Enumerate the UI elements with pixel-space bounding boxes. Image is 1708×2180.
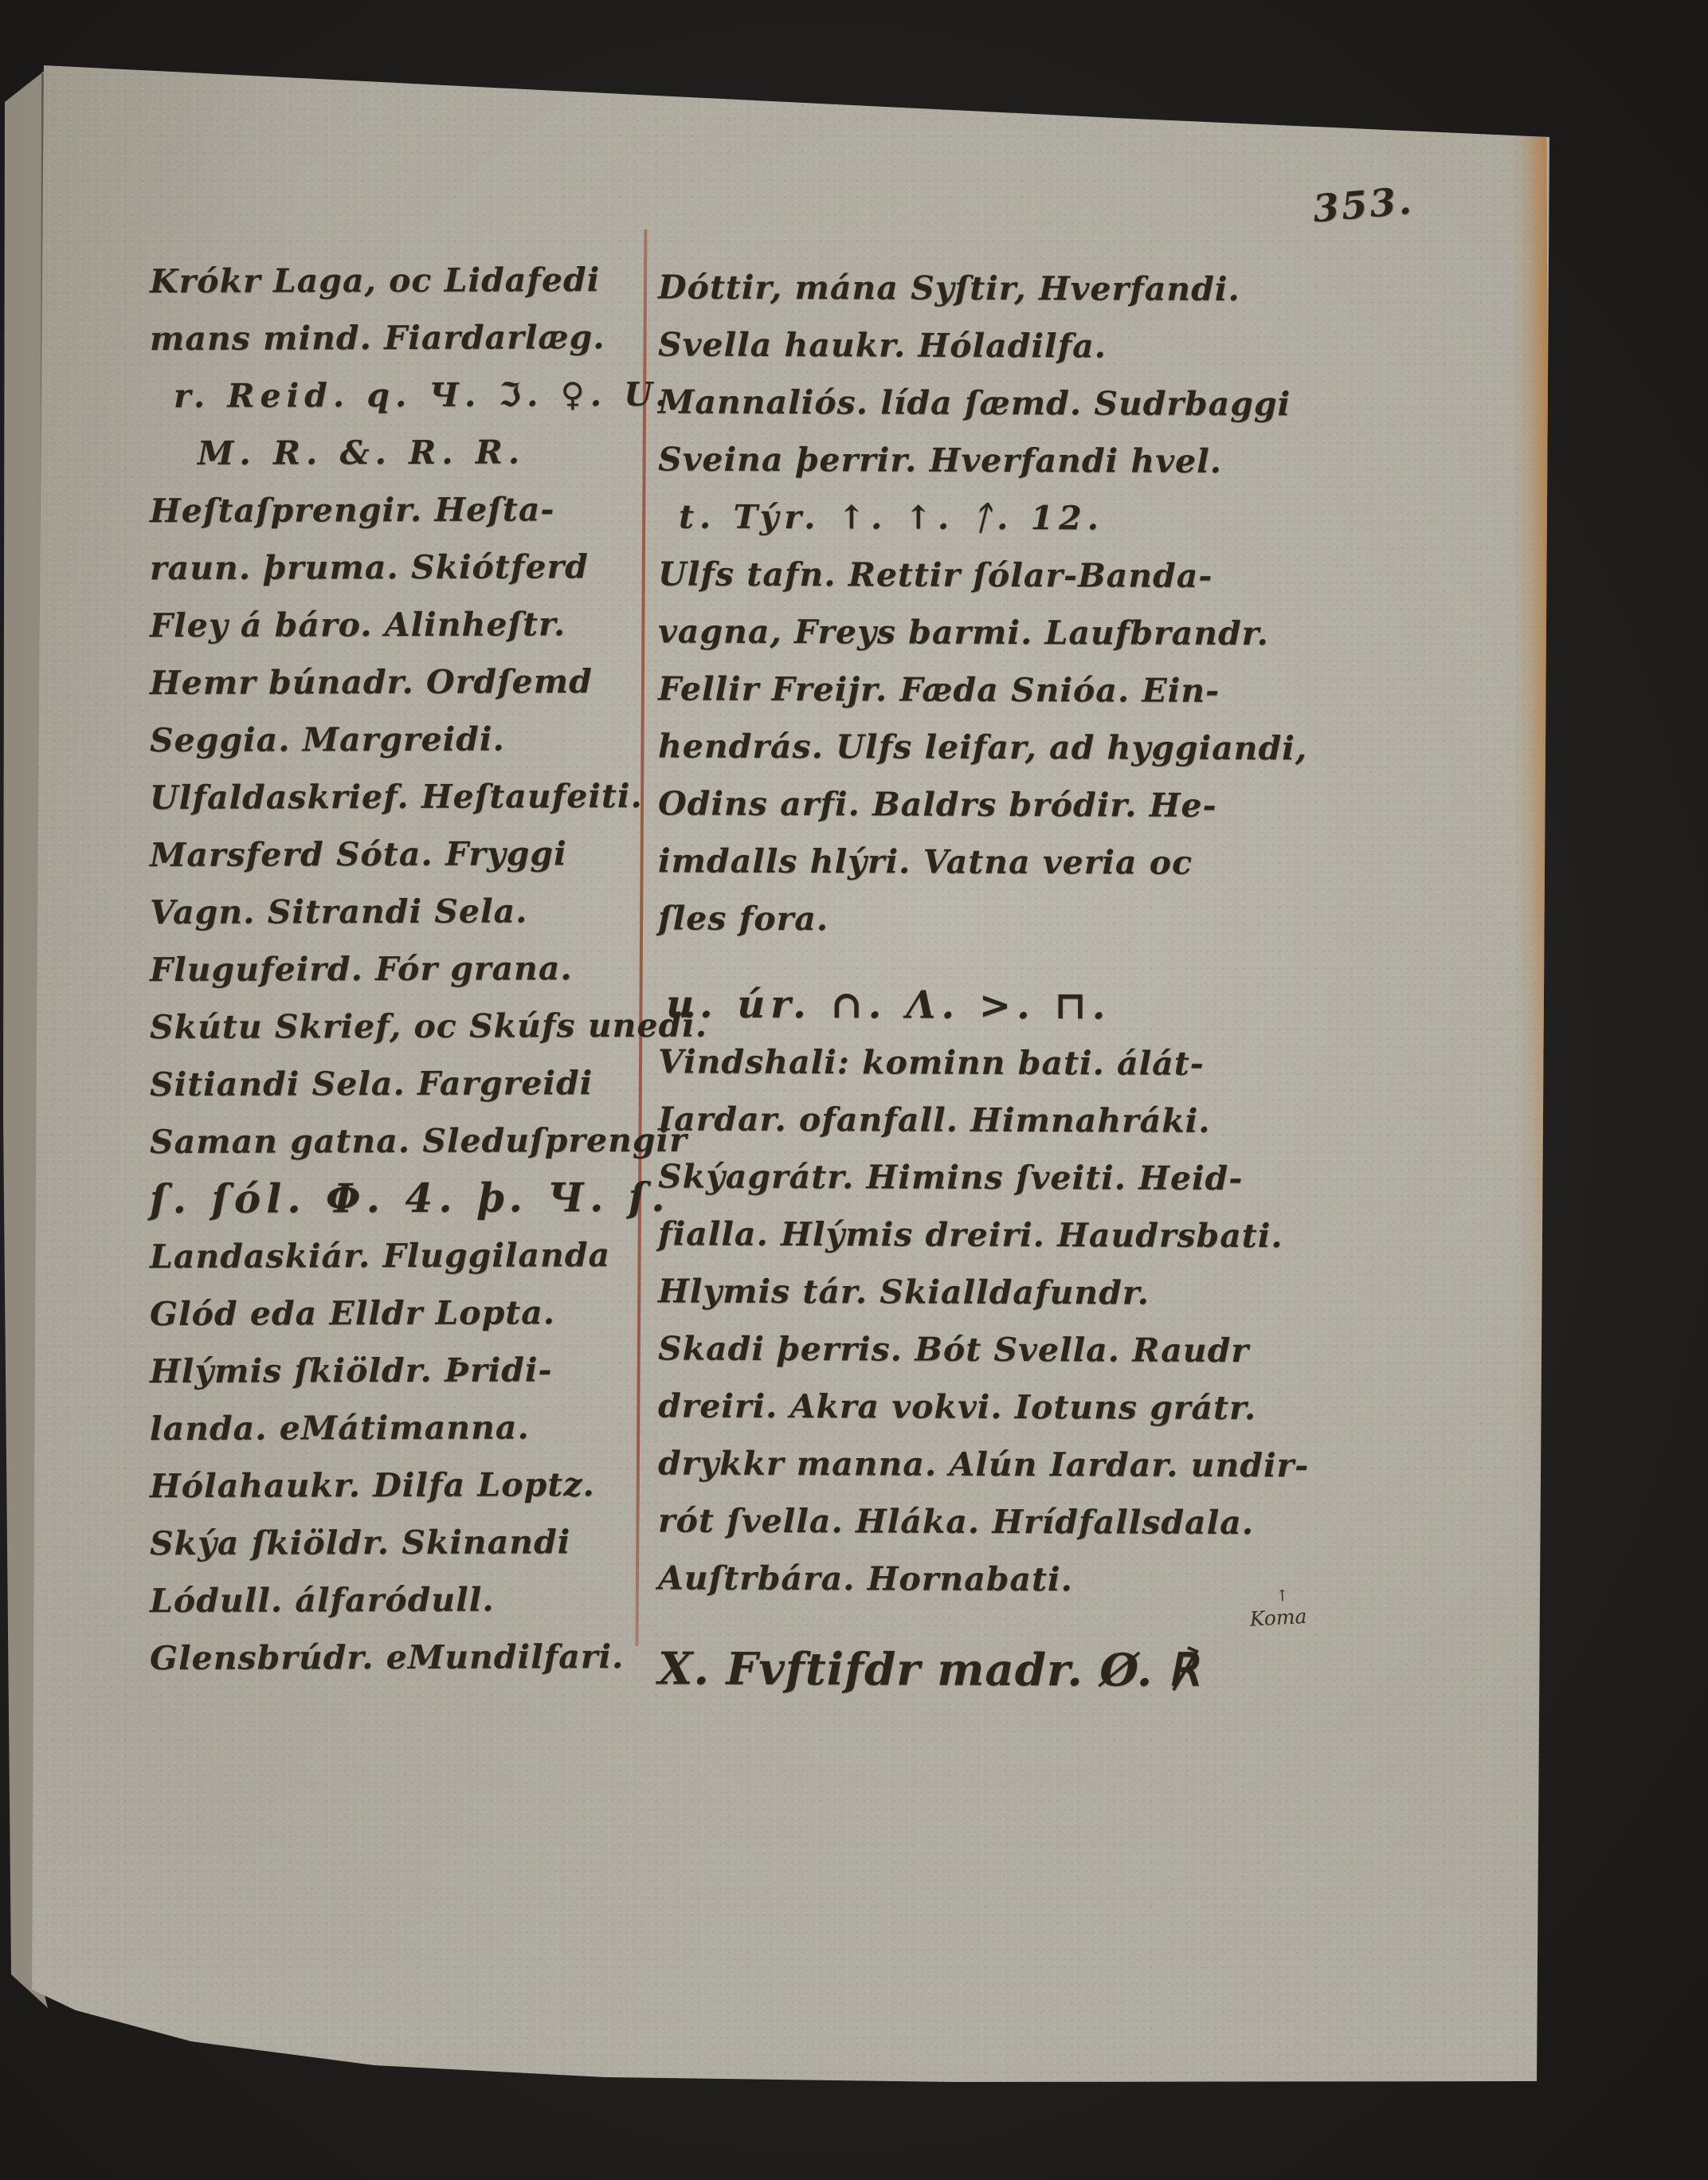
text-line: hendrás. Ulfs leifar, ad hyggiandi,	[658, 717, 1375, 777]
text-line: fialla. Hlýmis dreiri. Haudrsbati.	[658, 1205, 1375, 1264]
manuscript-page: 353. Krókr Laga, oc Lidafedimans mind. F…	[0, 0, 1708, 2180]
text-line: Hólahaukr. Dilfa Loptz.	[150, 1456, 650, 1515]
text-line: Odins arfi. Baldrs bródir. He-	[658, 774, 1375, 834]
margin-note-text: Koma	[1249, 1605, 1307, 1631]
text-line: Skútu Skrief, oc Skúfs unedi.	[150, 997, 650, 1056]
text-line: Hemr búnadr. Ordſemd	[150, 653, 650, 712]
text-line: Svella haukr. Hóladilfa.	[658, 316, 1375, 375]
fore-edge-tint	[1511, 134, 1553, 1528]
text-line: Seggia. Margreidi.	[150, 710, 650, 769]
text-line: Vagn. Sitrandi Sela.	[150, 882, 650, 941]
text-line: u. úr. ∩. Λ. >. ⊓.	[658, 975, 1375, 1035]
text-line: Krókr Laga, oc Lidafedi	[150, 251, 650, 310]
text-line: landa. eMátimanna.	[150, 1398, 650, 1457]
text-line: drykkr manna. Alún Iardar. undir-	[658, 1434, 1375, 1494]
text-line: Glensbrúdr. eMundilfari.	[150, 1628, 650, 1687]
text-line: Saman gatna. Sleduſprengir	[150, 1112, 650, 1170]
text-line: r. Reid. q. Ч. ℑ. ♀. U.	[150, 366, 650, 425]
text-line: M. R. &. R. R.	[150, 423, 650, 482]
text-line: Iardar. ofanfall. Himnahráki.	[658, 1090, 1375, 1150]
page-number: 353.	[1311, 179, 1416, 232]
text-line: Sveina þerrir. Hverfandi hvel.	[658, 430, 1375, 490]
text-line: Heſtaſprengir. Heſta-	[150, 480, 650, 539]
text-line: Mannaliós. lída ſæmd. Sudrbaggi	[658, 373, 1375, 433]
text-line: vagna, Freys barmi. Laufbrandr.	[658, 602, 1375, 662]
text-line: Glód eda Elldr Lopta.	[150, 1284, 650, 1343]
manuscript-scan: { "document": { "page_number": "353.", "…	[0, 0, 1708, 2180]
text-line: t. Týr. ↑. ↑. ᛏ. 12.	[658, 488, 1375, 547]
text-line: raun. þruma. Skiótferd	[150, 538, 650, 597]
text-line: Sitiandi Sela. Fargreidi	[150, 1054, 650, 1113]
text-line: Fellir Freijr. Fæda Snióa. Ein-	[658, 660, 1375, 719]
text-line: mans mind. Fiardarlæg.	[150, 308, 650, 367]
left-text-column: Krókr Laga, oc Lidafedimans mind. Fiarda…	[150, 252, 650, 1686]
text-line: Dóttir, mána Syſtir, Hverfandi.	[658, 258, 1375, 318]
text-line: rót ſvella. Hláka. Hrídfallsdala.	[658, 1492, 1375, 1551]
text-line: Skadi þerris. Bót Svella. Raudr	[658, 1319, 1375, 1379]
text-line: Lódull. álfaródull.	[150, 1570, 650, 1629]
text-line: imdalls hlýri. Vatna veria oc	[658, 832, 1375, 892]
text-line: Fley á báro. Alinheſtr.	[150, 595, 650, 654]
text-line: Flugufeird. Fór grana.	[150, 939, 650, 998]
margin-note-mark: ↑	[1275, 1581, 1361, 1606]
text-line: Ulfs tafn. Rettir ſólar-Banda-	[658, 545, 1375, 605]
text-line: Marsferd Sóta. Fryggi	[150, 825, 650, 884]
right-text-column: Dóttir, mána Syſtir, Hverfandi.Svella ha…	[658, 260, 1375, 1699]
margin-note: ↑ Koma	[1248, 1581, 1362, 1629]
text-line: Hlýmis ſkiöldr. Þridi-	[150, 1341, 650, 1400]
text-line: Vindshali: kominn bati. álát-	[658, 1033, 1375, 1092]
text-line: Ulfaldaskrief. Heſtaufeiti.	[150, 767, 650, 826]
text-line: ſles fora.	[658, 889, 1375, 949]
text-line: dreiri. Akra vokvi. Iotuns grátr.	[658, 1377, 1375, 1437]
text-line: Skýagrátr. Himins ſveiti. Heid-	[658, 1147, 1375, 1207]
text-line: X. Fvftifdr madr. Ø. ℟	[658, 1640, 1375, 1700]
text-line: ſ. ſól. Φ. 4. þ. Ч. ſ.	[150, 1169, 650, 1228]
text-line: Landaskiár. Fluggilanda	[150, 1226, 650, 1285]
text-line: Skýa ſkiöldr. Skinandi	[150, 1513, 650, 1572]
text-line: Hlymis tár. Skialldafundr.	[658, 1262, 1375, 1322]
